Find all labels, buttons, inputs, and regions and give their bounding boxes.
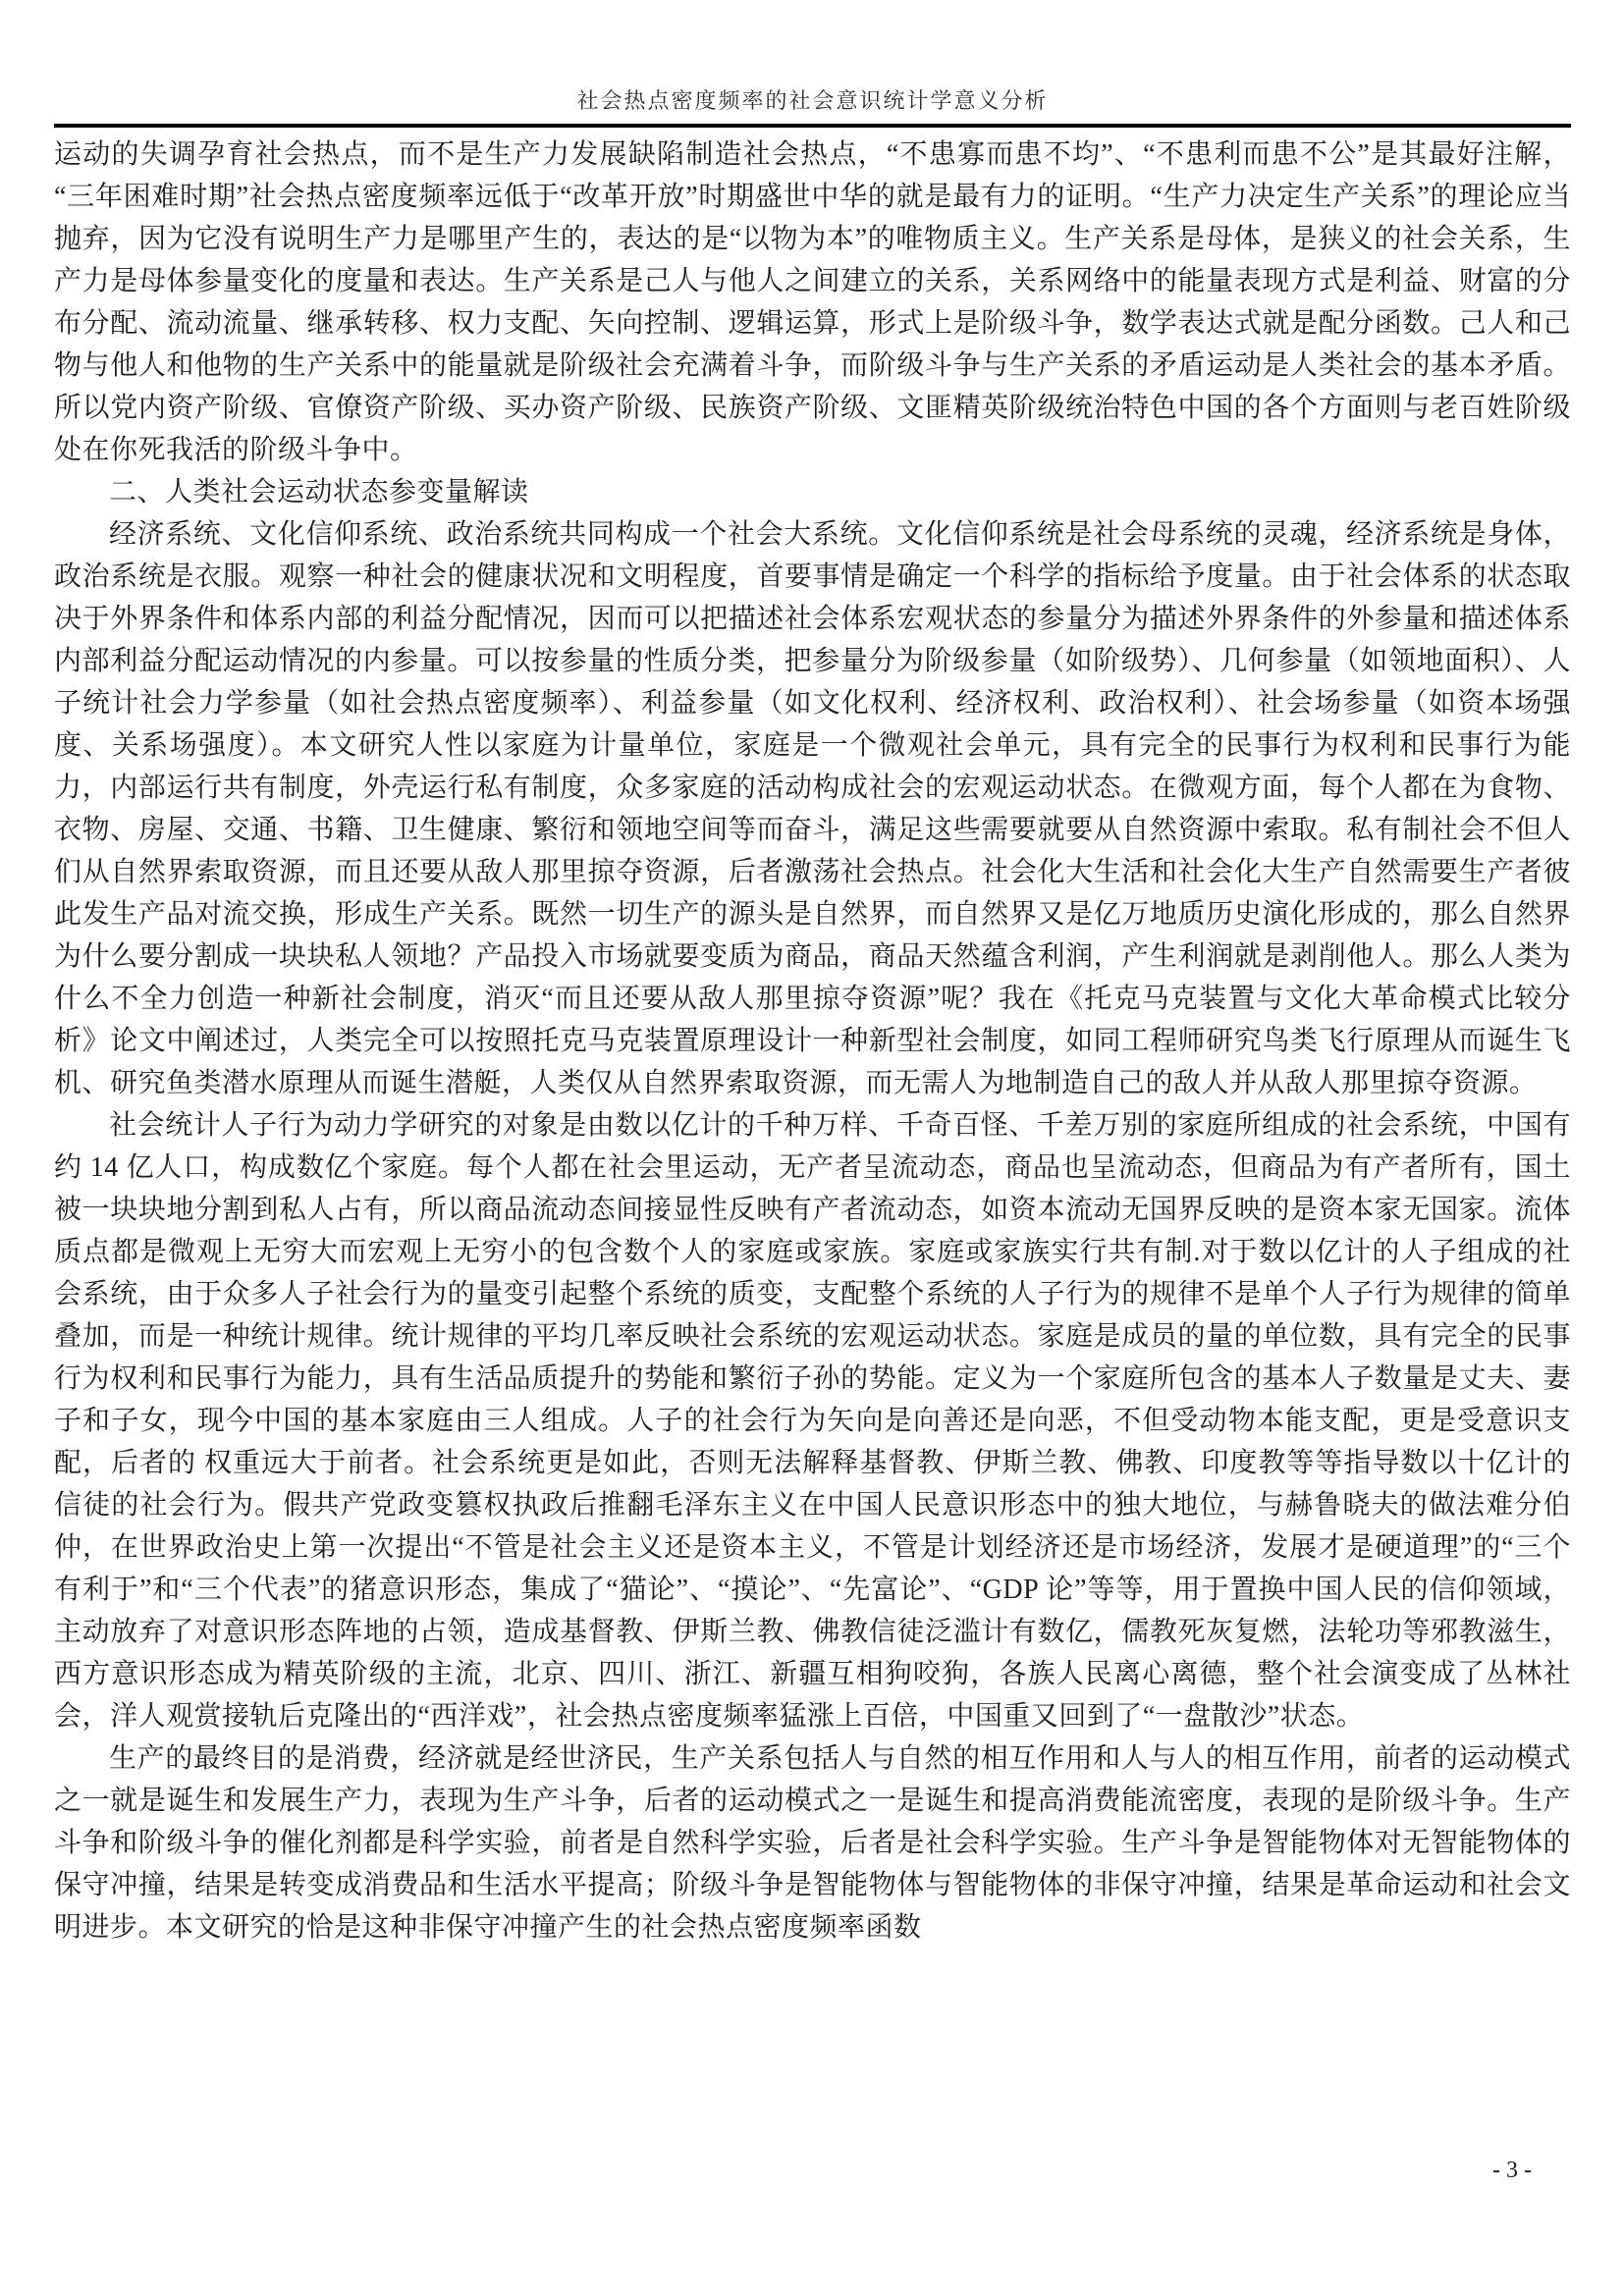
section-heading: 二、人类社会运动状态参变量解读 [54, 471, 1571, 513]
header-rule [54, 124, 1571, 128]
document-page: 社会热点密度频率的社会意识统计学意义分析 运动的失调孕育社会热点，而不是生产力发… [0, 0, 1624, 2296]
paragraph: 经济系统、文化信仰系统、政治系统共同构成一个社会大系统。文化信仰系统是社会母系统… [54, 513, 1571, 1104]
paragraph: 社会统计人子行为动力学研究的对象是由数以亿计的千种万样、千奇百怪、千差万别的家庭… [54, 1104, 1571, 1737]
document-body: 运动的失调孕育社会热点，而不是生产力发展缺陷制造社会热点，“不患寡而患不均”、“… [54, 133, 1571, 1949]
running-title: 社会热点密度频率的社会意识统计学意义分析 [54, 86, 1571, 116]
page-header: 社会热点密度频率的社会意识统计学意义分析 [54, 86, 1571, 128]
paragraph-continuation: 运动的失调孕育社会热点，而不是生产力发展缺陷制造社会热点，“不患寡而患不均”、“… [54, 133, 1571, 471]
paragraph: 生产的最终目的是消费，经济就是经世济民，生产关系包括人与自然的相互作用和人与人的… [54, 1737, 1571, 1949]
page-number: - 3 - [1492, 2158, 1532, 2183]
page-footer: - 3 - [1492, 2158, 1532, 2184]
